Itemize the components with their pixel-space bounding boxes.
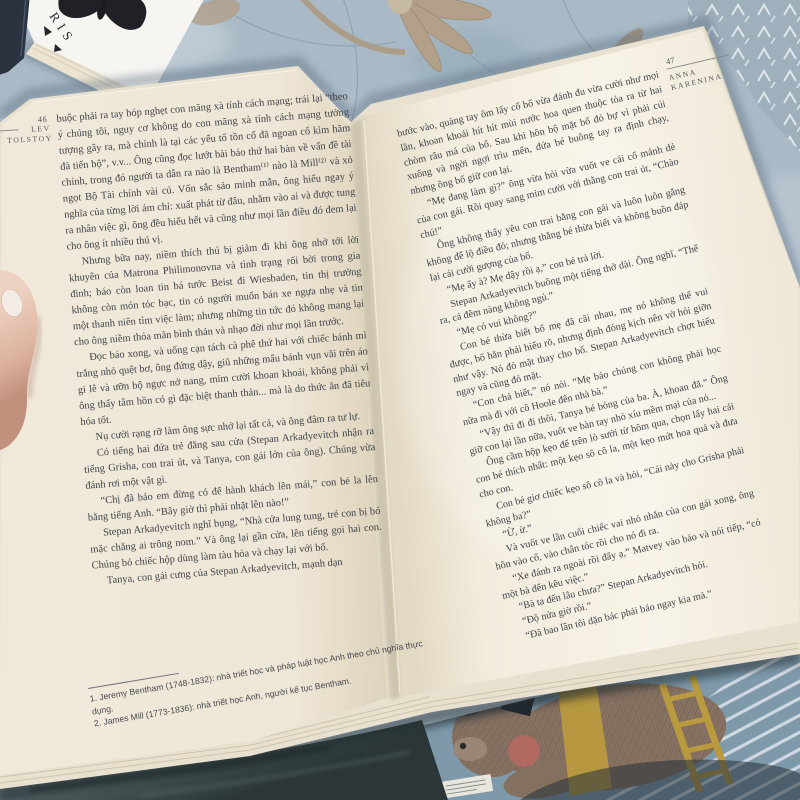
left-page-body-text: buộc phải ra tay bóp nghẹt con mãng xà t… <box>56 89 385 590</box>
paragraph: buộc phải ra tay bóp nghẹt con mãng xà t… <box>56 89 358 255</box>
left-running-head: 46 LEV TOLSTOY <box>6 114 51 145</box>
bear-snout <box>453 737 487 761</box>
bear-cheek-patch <box>508 735 540 767</box>
photo-open-book-scene: RIS <box>0 0 800 800</box>
